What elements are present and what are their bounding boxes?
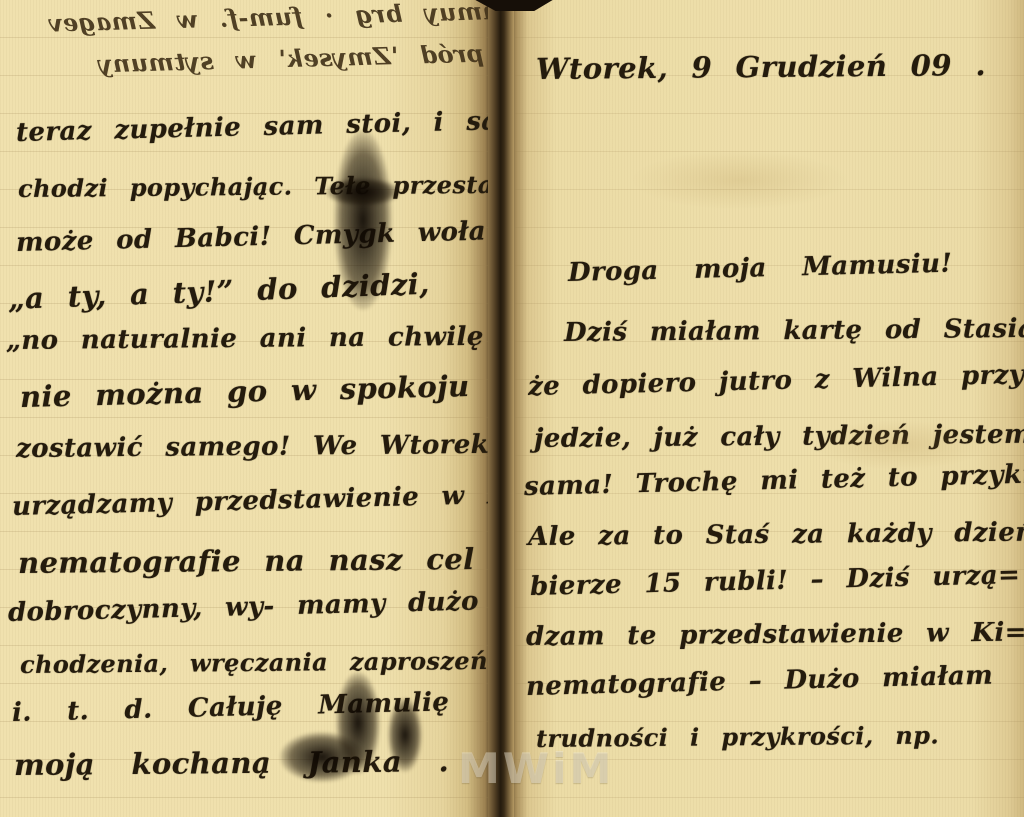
paper-stain [630, 150, 850, 210]
handwriting-line: chodzenia, wręczania zaproszeń [20, 646, 488, 679]
paper-stain [810, 420, 990, 470]
handwriting-line: może od Babci! Cmygk woła [16, 217, 487, 258]
ink-blot [334, 130, 392, 310]
handwriting-line: dzam te przedstawienie w Ki= [526, 618, 1024, 652]
handwriting-line: Ale za to Staś za każdy dzień [528, 518, 1024, 552]
handwriting-line: urządzamy przedstawienie w Ki= [12, 479, 543, 522]
handwriting-line: że dopiero jutro z Wilna przy= [528, 359, 1024, 402]
handwriting-line: nematografie – Dużo miałam [526, 661, 994, 702]
page-left: ammuy brg · fum-f. w Zmagev pród 'Zmysek… [0, 0, 492, 817]
page-right: Wtorek, 9 Grudzień 09 . Droga moja Mamus… [510, 0, 1024, 817]
handwriting-line: teraz zupełnie sam stoi, i sam [16, 106, 527, 148]
ink-blot [280, 732, 364, 782]
ink-blot [326, 178, 400, 206]
handwriting-line: „no naturalnie ani na chwilę [6, 322, 484, 356]
handwriting-line: Droga moja Mamusiu! [568, 249, 953, 288]
handwriting-line: nie można go w spokoju [20, 369, 470, 414]
handwriting-line: chodzi popychając. Tełe przestało [18, 170, 520, 203]
handwriting-line: moją kochaną Janka . [14, 744, 449, 782]
ink-blot [388, 698, 422, 772]
date-heading: Wtorek, 9 Grudzień 09 . [536, 48, 986, 86]
handwriting-offset-line: ammuy brg · fum-f. w Zmagev [48, 0, 525, 38]
watermark-text: MWiM [458, 744, 614, 793]
handwriting-line: Dziś miałam kartę od Stasia [564, 314, 1024, 348]
binding-gutter-shadow [488, 0, 514, 817]
handwriting-line: zostawić samego! We Wtorek [16, 430, 489, 464]
handwriting-line: dobroczynny, wy- mamy dużo [8, 586, 480, 627]
handwriting-line: nematografie na nasz cel [18, 542, 475, 580]
handwriting-offset-line: pród 'Zmysek' w sytmuny [98, 39, 485, 79]
handwriting-line: i. t. d. Całuję Mamulię [12, 687, 450, 728]
handwriting-line: bierze 15 rubli! – Dziś urzą= [530, 560, 1021, 602]
diary-scan: ammuy brg · fum-f. w Zmagev pród 'Zmysek… [0, 0, 1024, 817]
